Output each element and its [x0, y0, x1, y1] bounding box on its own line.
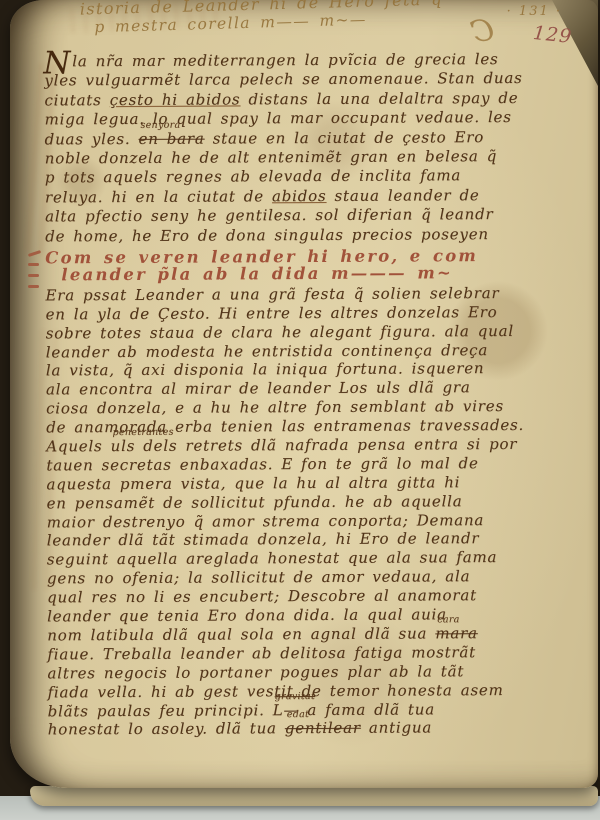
- line-text: leander que tenia Ero dona dida. la qual…: [47, 605, 447, 625]
- line-text: leander ab modesta he entristida contine…: [46, 341, 488, 361]
- margin-red-mark: [28, 274, 39, 277]
- rubric-line: leander p̃la ab la dida m——— m~: [45, 264, 585, 284]
- line-text: tauen secretas enbaxadas. E fon te grã l…: [46, 454, 478, 474]
- folio-number-pencil: 129: [532, 22, 573, 48]
- margin-red-mark: [28, 285, 39, 288]
- line-text: Era pssat Leander a una grã festa q̃ sol…: [45, 284, 499, 304]
- interlinear-note-struck: gravitat: [275, 691, 315, 702]
- strikethrough-word: gentilear: [285, 719, 361, 737]
- line-text: blãts paulas feu principi.: [48, 701, 273, 720]
- line-text: p tots aquels regnes ab elevada de incli…: [45, 167, 461, 187]
- line-text: de home, he Ero de dona singulas precios…: [45, 225, 489, 245]
- line-text: noble donzela he de alt entenimẽt gran e…: [45, 147, 497, 167]
- line-text: ala encontra al mirar de leander Los uls…: [46, 379, 471, 399]
- chapter-rubric: Com se veren leander hi hero, e com lean…: [45, 246, 585, 284]
- line-text: altres negocis lo portaner pogues plar a…: [47, 662, 464, 682]
- line-text: uls dels retrets dlã nafrada pensa entra…: [111, 435, 518, 455]
- manuscript-page: istoria de Leander hi de Hero feta q̃ p …: [10, 0, 598, 788]
- line-text: distans la una delaltra spay de: [240, 89, 518, 108]
- manuscript-photo: istoria de Leander hi de Hero feta q̃ p …: [0, 0, 600, 820]
- line-text: gens no ofenia; la sollicitut de amor ve…: [47, 567, 470, 587]
- strikethrough-word: mara: [435, 624, 478, 642]
- interlinear-note: edat: [287, 709, 309, 720]
- margin-red-mark: [28, 263, 39, 266]
- paragraph-1: N la nr̃a mar mediterrangen la pvĩcia de…: [44, 50, 585, 247]
- text-line: N la nr̃a mar mediterrangen la pvĩcia de…: [44, 50, 584, 72]
- line-text: la vista, q̃ axi disponia la iniqua fort…: [46, 360, 485, 380]
- interlinear-note: penetrantes: [113, 427, 174, 438]
- line-text: alta pfectio seny he gentilesa. sol dife…: [45, 205, 494, 225]
- line-text: duas yles.: [45, 129, 139, 147]
- line-text: sobre totes staua de clara he alegant fi…: [46, 322, 514, 342]
- line-text: maior destrenyo q̃ amor strema conporta;…: [47, 511, 485, 531]
- drop-initial: N: [43, 48, 71, 79]
- line-text: en pensamẽt de sollicitut pfunda. he ab …: [47, 492, 463, 512]
- line-text: honestat lo asoley. dlã tua: [48, 720, 285, 739]
- line-text: miga legua. lo qual spay la mar occupant…: [45, 108, 512, 128]
- interlinear-note: cara: [437, 614, 459, 625]
- text-line: honestat lo asoley. dlã tua edatgentilea…: [48, 718, 588, 740]
- paragraph-2: Era pssat Leander a una grã festa q̃ sol…: [45, 283, 587, 739]
- line-text: seguint aquella areglada honestat que al…: [47, 548, 498, 568]
- line-text: la nr̃a mar mediterrangen la pvĩcia de g…: [72, 50, 498, 70]
- line-text: nom latibula dlã qual sola en agnal dlã …: [47, 624, 435, 644]
- text-line: de home, he Ero de dona singulas precios…: [45, 224, 585, 246]
- underlined-words: abidos: [272, 187, 327, 205]
- line-text: reluya. hi en la ciutat de: [45, 187, 272, 206]
- line-text: staua leander de: [326, 186, 479, 205]
- line-text: staue en la ciutat de çesto Ero: [205, 128, 485, 147]
- line-text: en la yla de Çesto. Hi entre les altres …: [46, 303, 498, 323]
- margin-red-marks: [28, 252, 42, 296]
- line-text: ciutats: [44, 91, 109, 109]
- page-stack-edge: [30, 786, 598, 806]
- folio-number-ink: · 131 ·: [507, 4, 562, 19]
- line-text: yles vulguarmẽt larca pelech se anomenau…: [44, 69, 522, 90]
- line-text: aquesta pmera vista, que la hu al altra …: [46, 473, 460, 493]
- line-text: fiaue. Treballa leander ab delitosa fati…: [47, 643, 476, 663]
- text-block: N la nr̃a mar mediterrangen la pvĩcia de…: [44, 50, 588, 740]
- interlinear-note: senyora: [140, 119, 180, 130]
- line-text: Aquels: [46, 437, 110, 455]
- margin-red-mark: [28, 250, 41, 257]
- strikethrough-word: en bara: [138, 129, 204, 147]
- line-text: antigua: [361, 719, 432, 737]
- line-text: ciosa donzela, e a hu he altre fon sembl…: [46, 397, 504, 417]
- line-text: leander dlã tãt stimada donzela, hi Ero …: [47, 530, 480, 550]
- underlined-words: çesto hi abidos: [110, 90, 241, 109]
- line-text: qual res no li es encubert; Descobre al …: [47, 586, 477, 606]
